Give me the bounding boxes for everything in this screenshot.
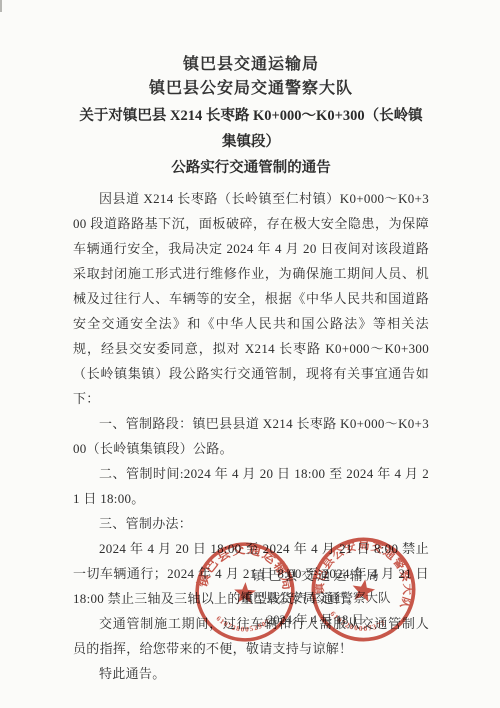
official-seal-traffic-police: 镇巴县公安局交通警察大队 6107280007377 bbox=[300, 526, 426, 652]
document-title: 关于对镇巴县 X214 长枣路 K0+000～K0+300（长岭镇集镇段） 公路… bbox=[73, 103, 429, 181]
official-seal-transport-bureau: 镇巴县交通运输局 6107280052907 bbox=[190, 537, 299, 646]
issuing-org-line-1: 镇巴县交通运输局 bbox=[73, 53, 429, 77]
paragraph-section-1-road: 一、管制路段：镇巴县县道 X214 长枣路 K0+000～K0+300（长岭镇集… bbox=[73, 411, 429, 461]
document-title-line-2: 公路实行交通管制的通告 bbox=[73, 155, 429, 181]
document-title-line-1: 关于对镇巴县 X214 长枣路 K0+000～K0+300（长岭镇集镇段） bbox=[73, 103, 429, 155]
issuing-org-line-2: 镇巴县公安局交通警察大队 bbox=[73, 77, 429, 101]
notice-document-page: 镇巴县交通运输局 镇巴县公安局交通警察大队 关于对镇巴县 X214 长枣路 K0… bbox=[0, 0, 500, 708]
seal-org-arc-text: 镇巴县公安局交通警察大队 bbox=[310, 530, 423, 613]
seal-star-icon bbox=[350, 577, 376, 602]
paragraph-closing: 特此通告。 bbox=[73, 661, 429, 686]
scan-edge-artifact bbox=[0, 0, 2, 12]
paragraph-section-2-time: 二、管制时间:2024 年 4 月 20 日 18:00 至 2024 年 4 … bbox=[73, 461, 429, 511]
seal-star-icon bbox=[234, 582, 257, 604]
paragraph-section-3-heading: 三、管制办法： bbox=[73, 511, 429, 536]
svg-text:镇巴县公安局交通警察大队: 镇巴县公安局交通警察大队 bbox=[310, 530, 423, 613]
svg-text:6107280052907: 6107280052907 bbox=[214, 614, 273, 635]
seal-serial-number: 6107280052907 bbox=[214, 614, 273, 635]
paragraph-background-reason: 因县道 X214 长枣路（长岭镇至仁村镇）K0+000～K0+300 段道路路基… bbox=[73, 186, 429, 411]
